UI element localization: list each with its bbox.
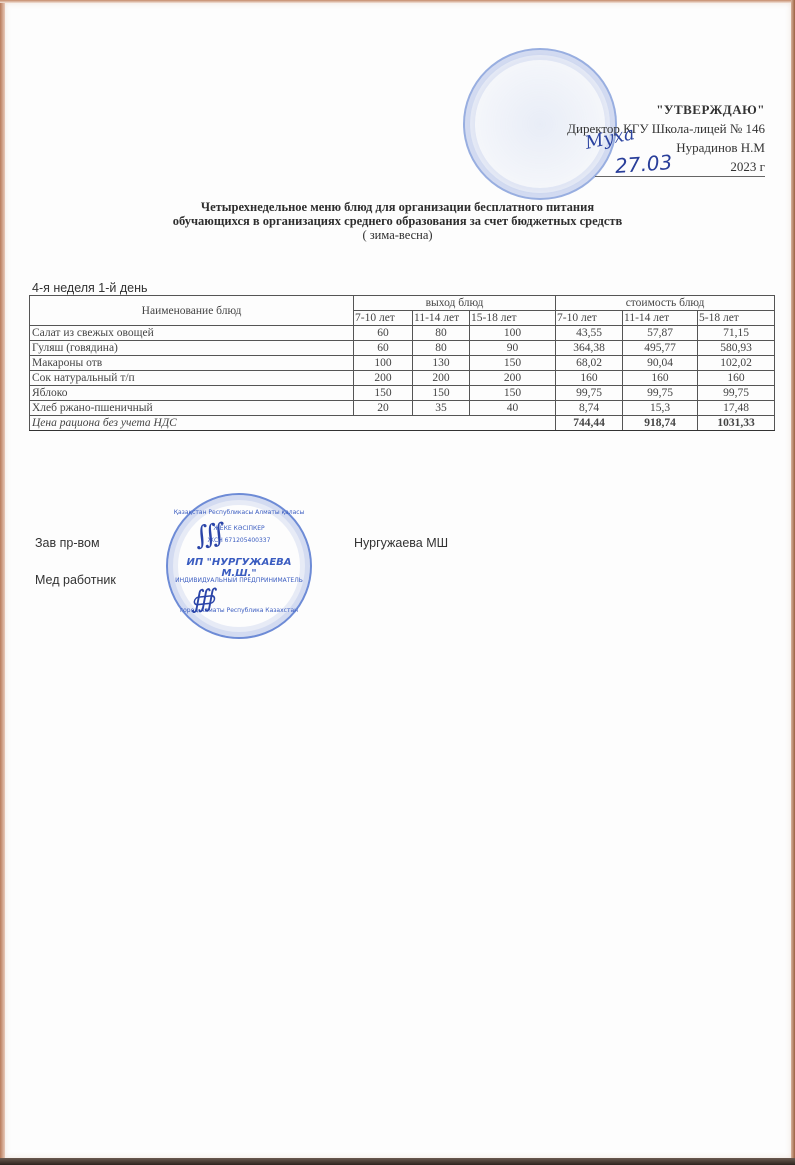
table-row: Салат из свежых овощей608010043,5557,877…: [30, 326, 775, 341]
output-cell: 150: [413, 386, 470, 401]
dish-name: Хлеб ржано-пшеничный: [30, 401, 354, 416]
output-cell: 60: [354, 341, 413, 356]
stamp-id-line: ЖСН 671205400337: [168, 537, 310, 544]
entrepreneur-stamp: Қазақстан Республикасы Алматы қаласы ЖЕК…: [166, 493, 312, 639]
output-cell: 20: [354, 401, 413, 416]
cost-cell: 90,04: [623, 356, 698, 371]
subheader-cost-11-14: 11-14 лет: [623, 311, 698, 326]
output-cell: 35: [413, 401, 470, 416]
cost-cell: 364,38: [556, 341, 623, 356]
output-cell: 80: [413, 326, 470, 341]
output-cell: 150: [470, 386, 556, 401]
table-row: Гуляш (говядина)608090364,38495,77580,93: [30, 341, 775, 356]
cost-cell: 43,55: [556, 326, 623, 341]
menu-table: Наименование блюд выход блюд стоимость б…: [29, 295, 775, 431]
cost-cell: 99,75: [623, 386, 698, 401]
paper-edge-bottom: [0, 1158, 795, 1165]
dish-name: Гуляш (говядина): [30, 341, 354, 356]
output-cell: 150: [354, 386, 413, 401]
medic-label: Мед работник: [35, 573, 116, 587]
cost-cell: 99,75: [698, 386, 775, 401]
table-row: Сок натуральный т/п200200200160160160: [30, 371, 775, 386]
stamp-outer-bottom: город Алматы Республика Казахстан: [168, 607, 310, 614]
output-cell: 60: [354, 326, 413, 341]
total-label: Цена рациона без учета НДС: [30, 416, 556, 431]
cost-cell: 580,93: [698, 341, 775, 356]
title-line-2: обучающихся в организациях среднего обра…: [0, 214, 795, 228]
cost-cell: 160: [556, 371, 623, 386]
table-row: Макароны отв10013015068,0290,04102,02: [30, 356, 775, 371]
title-line-1: Четырехнедельное меню блюд для организац…: [0, 200, 795, 214]
cost-cell: 71,15: [698, 326, 775, 341]
production-head-signature-icon: ∭: [193, 518, 228, 552]
subheader-cost-5-18: 5-18 лет: [698, 311, 775, 326]
cost-cell: 160: [698, 371, 775, 386]
total-cost-5-18: 1031,33: [698, 416, 775, 431]
output-cell: 100: [470, 326, 556, 341]
total-row: Цена рациона без учета НДС 744,44 918,74…: [30, 416, 775, 431]
output-cell: 200: [354, 371, 413, 386]
title-line-3: ( зима-весна): [0, 228, 795, 242]
header-cost-group: стоимость блюд: [556, 296, 775, 311]
medic-signature-icon: ∰: [189, 584, 217, 614]
total-cost-11-14: 918,74: [623, 416, 698, 431]
cost-cell: 57,87: [623, 326, 698, 341]
cost-cell: 160: [623, 371, 698, 386]
cost-cell: 8,74: [556, 401, 623, 416]
production-head-name: Нургужаева МШ: [354, 536, 448, 550]
total-cost-7-10: 744,44: [556, 416, 623, 431]
document-title: Четырехнедельное меню блюд для организац…: [0, 200, 795, 242]
subheader-output-11-14: 11-14 лет: [413, 311, 470, 326]
output-cell: 90: [470, 341, 556, 356]
output-cell: 130: [413, 356, 470, 371]
output-cell: 80: [413, 341, 470, 356]
table-row: Яблоко15015015099,7599,7599,75: [30, 386, 775, 401]
production-head-label: Зав пр-вом: [35, 536, 100, 550]
handwritten-date: 27.03: [614, 150, 673, 178]
cost-cell: 102,02: [698, 356, 775, 371]
table-header-row: Наименование блюд выход блюд стоимость б…: [30, 296, 775, 311]
paper-edge-right: [791, 0, 795, 1165]
subheader-output-7-10: 7-10 лет: [354, 311, 413, 326]
stamp-outer-top: Қазақстан Республикасы Алматы қаласы: [168, 509, 310, 516]
stamp-small-top: ЖЕКЕ КӘСІПКЕР: [168, 525, 310, 532]
approval-heading: "УТВЕРЖДАЮ": [567, 100, 765, 119]
dish-name: Макароны отв: [30, 356, 354, 371]
cost-cell: 17,48: [698, 401, 775, 416]
subheader-output-15-18: 15-18 лет: [470, 311, 556, 326]
dish-name: Салат из свежых овощей: [30, 326, 354, 341]
output-cell: 100: [354, 356, 413, 371]
table-row: Хлеб ржано-пшеничный2035408,7415,317,48: [30, 401, 775, 416]
output-cell: 150: [470, 356, 556, 371]
stamp-name: ИП "НУРГУЖАЕВА М.Ш.": [168, 557, 310, 579]
cost-cell: 15,3: [623, 401, 698, 416]
dish-name: Сок натуральный т/п: [30, 371, 354, 386]
cost-cell: 495,77: [623, 341, 698, 356]
subheader-cost-7-10: 7-10 лет: [556, 311, 623, 326]
dish-name: Яблоко: [30, 386, 354, 401]
output-cell: 200: [413, 371, 470, 386]
output-cell: 200: [470, 371, 556, 386]
stamp-small-bottom: ИНДИВИДУАЛЬНЫЙ ПРЕДПРИНИМАТЕЛЬ: [168, 577, 310, 584]
cost-cell: 99,75: [556, 386, 623, 401]
cost-cell: 68,02: [556, 356, 623, 371]
header-output-group: выход блюд: [354, 296, 556, 311]
output-cell: 40: [470, 401, 556, 416]
week-day-label: 4-я неделя 1-й день: [32, 281, 148, 295]
header-dish-name: Наименование блюд: [30, 296, 354, 326]
